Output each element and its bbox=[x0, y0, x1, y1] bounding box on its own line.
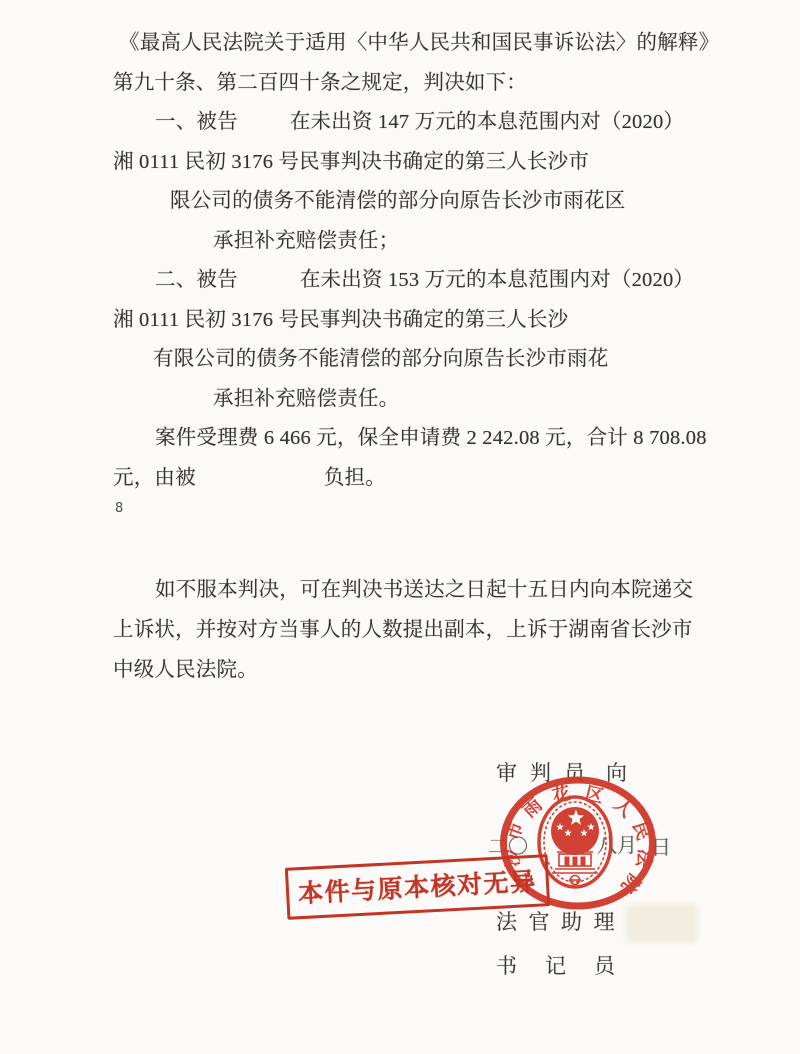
line-text: 在未出资 153 万元的本息范围内对（2020） bbox=[300, 269, 694, 291]
line-text: 二、被告 bbox=[155, 269, 238, 291]
line-text: 中级人民法院。 bbox=[113, 659, 258, 681]
clerk-role-label: 书记员 bbox=[496, 954, 643, 978]
assistant-role-label: 法官助理 bbox=[496, 910, 626, 934]
national-emblem-icon bbox=[539, 797, 611, 887]
line-text: 案件受理费 6 466 元，保全申请费 2 242.08 元，合计 8 708.… bbox=[155, 427, 707, 449]
text-line: 承担补充赔偿责任。 bbox=[113, 380, 719, 420]
line-text: 上诉状，并按对方当事人的人数提出副本，上诉于湖南省长沙市 bbox=[113, 619, 693, 641]
text-line: 限公司的债务不能清偿的部分向原告长沙市雨花区 bbox=[113, 182, 719, 222]
text-line: 《最高人民法院关于适用〈中华人民共和国民事诉讼法〉的解释》 bbox=[113, 24, 719, 64]
redaction-patch bbox=[629, 907, 695, 940]
line-text: 限公司的债务不能清偿的部分向原告长沙市雨花区 bbox=[170, 190, 625, 212]
line-text: 湘 0111 民初 3176 号民事判决书确定的第三人长沙 bbox=[113, 309, 568, 331]
clerk-signature-line: 书记员 bbox=[496, 950, 643, 980]
judgment-page: 《最高人民法院关于适用〈中华人民共和国民事诉讼法〉的解释》 第九十条、第二百四十… bbox=[0, 0, 800, 1054]
text-line: 有限公司的债务不能清偿的部分向原告长沙市雨花 bbox=[113, 340, 719, 380]
text-line: 第九十条、第二百四十条之规定，判决如下： bbox=[113, 64, 719, 104]
text-line: 湘 0111 民初 3176 号民事判决书确定的第三人长沙市 bbox=[113, 143, 719, 183]
tiananmen-gate-icon bbox=[552, 847, 598, 885]
line-text: 《最高人民法院关于适用〈中华人民共和国民事诉讼法〉的解释》 bbox=[119, 32, 719, 54]
line-text: 承担补充赔偿责任。 bbox=[213, 388, 399, 410]
line-text: 元，由被 bbox=[113, 467, 196, 489]
line-text: 承担补充赔偿责任； bbox=[213, 230, 399, 252]
text-line: 湘 0111 民初 3176 号民事判决书确定的第三人长沙 bbox=[113, 301, 719, 341]
line-text: 有限公司的债务不能清偿的部分向原告长沙市雨花 bbox=[153, 348, 608, 370]
text-line: 如不服本判决，可在判决书送达之日起十五日内向本院递交 bbox=[113, 570, 693, 610]
text-line: 一、被告在未出资 147 万元的本息范围内对（2020） bbox=[113, 103, 719, 143]
text-line: 元，由被负担。 bbox=[113, 459, 719, 499]
line-text: 在未出资 147 万元的本息范围内对（2020） bbox=[290, 111, 684, 133]
page-number: 8 bbox=[115, 501, 123, 516]
line-text: 湘 0111 民初 3176 号民事判决书确定的第三人长沙市 bbox=[113, 151, 589, 173]
seal-char: 法 bbox=[633, 848, 657, 870]
text-line: 二、被告在未出资 153 万元的本息范围内对（2020） bbox=[113, 261, 719, 301]
line-text: 第九十条、第二百四十条之规定，判决如下： bbox=[113, 72, 527, 94]
text-line: 承担补充赔偿责任； bbox=[113, 222, 719, 262]
line-text: 负担。 bbox=[324, 467, 386, 489]
text-line: 案件受理费 6 466 元，保全申请费 2 242.08 元，合计 8 708.… bbox=[113, 419, 719, 459]
line-text: 一、被告 bbox=[155, 111, 238, 133]
appeal-paragraph: 如不服本判决，可在判决书送达之日起十五日内向本院递交 上诉状，并按对方当事人的人… bbox=[113, 570, 693, 690]
line-text: 如不服本判决，可在判决书送达之日起十五日内向本院递交 bbox=[155, 579, 693, 601]
judgment-body: 《最高人民法院关于适用〈中华人民共和国民事诉讼法〉的解释》 第九十条、第二百四十… bbox=[113, 24, 719, 498]
text-line: 中级人民法院。 bbox=[113, 650, 693, 690]
text-line: 上诉状，并按对方当事人的人数提出副本，上诉于湖南省长沙市 bbox=[113, 610, 693, 650]
